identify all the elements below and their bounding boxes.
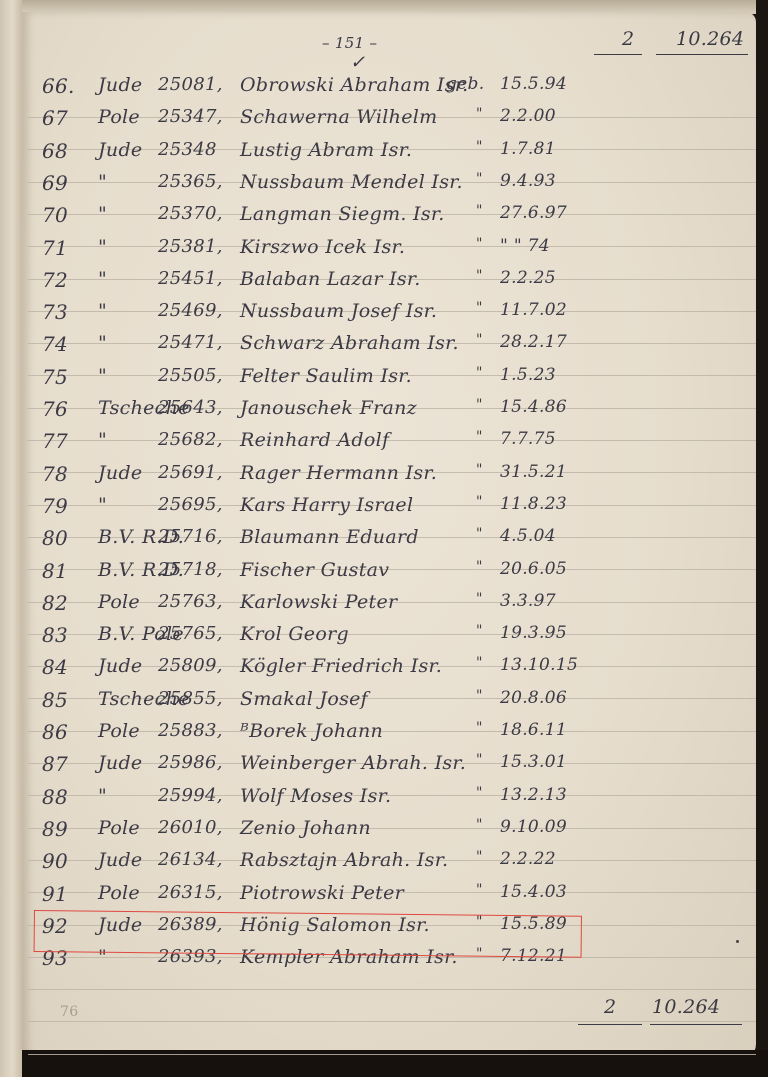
entry-birth-date: 4.5.04 bbox=[500, 526, 556, 546]
table-row: 81B.V. R.D.25718,Fischer Gustav"20.6.05 bbox=[0, 559, 768, 593]
entry-name: Balaban Lazar Isr. bbox=[240, 268, 421, 290]
table-row: 73"25469,Nussbaum Josef Isr."11.7.02 bbox=[0, 300, 768, 334]
entry-number: 90 bbox=[42, 849, 68, 873]
entry-birth-date: 7.7.75 bbox=[500, 429, 556, 449]
entry-ditto-mark: " bbox=[476, 720, 483, 736]
entry-prisoner-number: 25451, bbox=[158, 268, 223, 289]
entry-name: Wolf Moses Isr. bbox=[240, 785, 391, 807]
entry-number: 73 bbox=[42, 300, 68, 324]
entry-category: " bbox=[98, 268, 107, 290]
table-row: 80B.V. R.D.25716,Blaumann Eduard"4.5.04 bbox=[0, 526, 768, 560]
entry-number: 67 bbox=[42, 106, 68, 130]
entry-ditto-mark: " bbox=[476, 139, 483, 155]
table-row: 72"25451,Balaban Lazar Isr."2.2.25 bbox=[0, 268, 768, 302]
entry-name: Janouschek Franz bbox=[240, 397, 417, 419]
table-row: 90Jude26134,Rabsztajn Abrah. Isr."2.2.22 bbox=[0, 849, 768, 883]
entry-prisoner-number: 25347, bbox=[158, 106, 223, 127]
footer-total-left: 2 bbox=[604, 996, 616, 1018]
entry-ditto-mark: " bbox=[476, 623, 483, 639]
entry-birth-date: 1.5.23 bbox=[500, 365, 556, 385]
entry-number: 74 bbox=[42, 332, 68, 356]
entry-prisoner-number: 25716, bbox=[158, 526, 223, 547]
entry-name: Langman Siegm. Isr. bbox=[240, 203, 445, 225]
entry-number: 81 bbox=[42, 559, 68, 583]
ruled-line bbox=[28, 1021, 756, 1022]
table-row: 68Jude25348Lustig Abram Isr."1.7.81 bbox=[0, 139, 768, 173]
entry-ditto-mark: " bbox=[476, 106, 483, 122]
entry-birth-date: 11.7.02 bbox=[500, 300, 567, 320]
entry-category: Jude bbox=[98, 655, 142, 677]
entry-name: Karlowski Peter bbox=[240, 591, 397, 613]
entry-ditto-mark: " bbox=[476, 655, 483, 671]
entry-prisoner-number: 25718, bbox=[158, 559, 223, 580]
entry-birth-date: 11.8.23 bbox=[500, 494, 567, 514]
entry-number: 71 bbox=[42, 236, 68, 260]
entry-number: 75 bbox=[42, 365, 68, 389]
entry-category: Jude bbox=[98, 139, 142, 161]
entry-prisoner-number: 25348 bbox=[158, 139, 217, 160]
entry-name: Smakal Josef bbox=[240, 688, 368, 710]
entry-number: 79 bbox=[42, 494, 68, 518]
entry-prisoner-number: 26315, bbox=[158, 882, 223, 903]
entry-prisoner-number: 25505, bbox=[158, 365, 223, 386]
entry-prisoner-number: 26134, bbox=[158, 849, 223, 870]
table-row: 67Pole25347,Schawerna Wilhelm"2.2.00 bbox=[0, 106, 768, 140]
entry-birth-date: 15.4.86 bbox=[500, 397, 567, 417]
entry-ditto-mark: " bbox=[476, 365, 483, 381]
entry-number: 78 bbox=[42, 462, 68, 486]
header-total-right-underline bbox=[656, 54, 748, 55]
entry-name: Schwarz Abraham Isr. bbox=[240, 332, 459, 354]
entry-name: Blaumann Eduard bbox=[240, 526, 419, 548]
table-row: 86Pole25883,ᴮBorek Johann"18.6.11 bbox=[0, 720, 768, 754]
entry-name: Obrowski Abraham Isr. bbox=[240, 74, 468, 96]
table-row: 84Jude25809,Kögler Friedrich Isr."13.10.… bbox=[0, 655, 768, 689]
entry-name: Fischer Gustav bbox=[240, 559, 389, 581]
table-row: 74"25471,Schwarz Abraham Isr."28.2.17 bbox=[0, 332, 768, 366]
ruled-line bbox=[28, 1054, 756, 1055]
entry-name: Weinberger Abrah. Isr. bbox=[240, 752, 466, 774]
entry-category: Pole bbox=[98, 720, 140, 742]
entry-birth-date: 9.10.09 bbox=[500, 817, 567, 837]
entry-category: Jude bbox=[98, 462, 142, 484]
entry-name: Lustig Abram Isr. bbox=[240, 139, 412, 161]
entry-number: 70 bbox=[42, 203, 68, 227]
entry-number: 69 bbox=[42, 171, 68, 195]
entry-name: Krol Georg bbox=[240, 623, 349, 645]
entry-birth-date: 15.4.03 bbox=[500, 882, 567, 902]
table-row: 83B.V. Pole25765,Krol Georg"19.3.95 bbox=[0, 623, 768, 657]
entry-ditto-mark: geb. bbox=[446, 74, 484, 94]
table-row: 75"25505,Felter Saulim Isr."1.5.23 bbox=[0, 365, 768, 399]
entry-birth-date: 13.2.13 bbox=[500, 785, 567, 805]
entry-birth-date: 3.3.97 bbox=[500, 591, 556, 611]
entry-number: 83 bbox=[42, 623, 68, 647]
entry-prisoner-number: 25643, bbox=[158, 397, 223, 418]
entry-name: ᴮBorek Johann bbox=[240, 720, 383, 742]
entry-ditto-mark: " bbox=[476, 462, 483, 478]
entry-birth-date: 2.2.25 bbox=[500, 268, 556, 288]
entry-category: Pole bbox=[98, 882, 140, 904]
table-row: 71"25381,Kirszwo Icek Isr."" " 74 bbox=[0, 236, 768, 270]
table-row: 79"25695,Kars Harry Israel"11.8.23 bbox=[0, 494, 768, 528]
header-total-right: 10.264 bbox=[676, 28, 744, 50]
entry-prisoner-number: 25370, bbox=[158, 203, 223, 224]
footer-total-right-underline bbox=[650, 1024, 742, 1025]
entry-ditto-mark: " bbox=[476, 752, 483, 768]
entry-number: 84 bbox=[42, 655, 68, 679]
entry-prisoner-number: 25883, bbox=[158, 720, 223, 741]
entry-prisoner-number: 25695, bbox=[158, 494, 223, 515]
entry-ditto-mark: " bbox=[476, 236, 483, 252]
entry-birth-date: 2.2.22 bbox=[500, 849, 556, 869]
entry-birth-date: 20.8.06 bbox=[500, 688, 567, 708]
entry-category: Jude bbox=[98, 752, 142, 774]
entry-ditto-mark: " bbox=[476, 785, 483, 801]
entry-ditto-mark: " bbox=[476, 171, 483, 187]
entry-prisoner-number: 25682, bbox=[158, 429, 223, 450]
entry-number: 76 bbox=[42, 397, 68, 421]
entry-category: " bbox=[98, 300, 107, 322]
entry-ditto-mark: " bbox=[476, 300, 483, 316]
entry-prisoner-number: 25855, bbox=[158, 688, 223, 709]
entry-number: 86 bbox=[42, 720, 68, 744]
entry-category: " bbox=[98, 494, 107, 516]
entry-prisoner-number: 25809, bbox=[158, 655, 223, 676]
entry-name: Nussbaum Mendel Isr. bbox=[240, 171, 463, 193]
entry-ditto-mark: " bbox=[476, 397, 483, 413]
entry-prisoner-number: 25986, bbox=[158, 752, 223, 773]
entry-ditto-mark: " bbox=[476, 494, 483, 510]
entry-ditto-mark: " bbox=[476, 559, 483, 575]
entry-category: Jude bbox=[98, 74, 142, 96]
entry-number: 82 bbox=[42, 591, 68, 615]
entry-prisoner-number: 25381, bbox=[158, 236, 223, 257]
entry-birth-date: 13.10.15 bbox=[500, 655, 578, 675]
entry-number: 88 bbox=[42, 785, 68, 809]
header-total-left: 2 bbox=[622, 28, 634, 50]
entry-birth-date: 28.2.17 bbox=[500, 332, 567, 352]
entry-category: Pole bbox=[98, 817, 140, 839]
entry-birth-date: 31.5.21 bbox=[500, 462, 567, 482]
entry-category: " bbox=[98, 785, 107, 807]
entry-birth-date: 1.7.81 bbox=[500, 139, 556, 159]
table-row: 89Pole26010,Zenio Johann"9.10.09 bbox=[0, 817, 768, 851]
table-row: 88"25994,Wolf Moses Isr."13.2.13 bbox=[0, 785, 768, 819]
entry-prisoner-number: 25691, bbox=[158, 462, 223, 483]
entry-number: 66. bbox=[42, 74, 75, 98]
table-row: 69"25365,Nussbaum Mendel Isr."9.4.93 bbox=[0, 171, 768, 205]
entry-ditto-mark: " bbox=[476, 688, 483, 704]
entry-category: Pole bbox=[98, 591, 140, 613]
entry-prisoner-number: 25765, bbox=[158, 623, 223, 644]
entry-name: Piotrowski Peter bbox=[240, 882, 404, 904]
entry-prisoner-number: 25469, bbox=[158, 300, 223, 321]
entry-birth-date: 19.3.95 bbox=[500, 623, 567, 643]
entry-category: " bbox=[98, 332, 107, 354]
entry-number: 80 bbox=[42, 526, 68, 550]
entry-number: 85 bbox=[42, 688, 68, 712]
check-mark-icon: ✓ bbox=[350, 52, 365, 73]
entry-prisoner-number: 25365, bbox=[158, 171, 223, 192]
table-row: 77"25682,Reinhard Adolf"7.7.75 bbox=[0, 429, 768, 463]
header-total-left-underline bbox=[594, 54, 642, 55]
entry-prisoner-number: 26010, bbox=[158, 817, 223, 838]
entry-number: 72 bbox=[42, 268, 68, 292]
entry-birth-date: 9.4.93 bbox=[500, 171, 556, 191]
entry-name: Kars Harry Israel bbox=[240, 494, 413, 516]
entry-birth-date: 2.2.00 bbox=[500, 106, 556, 126]
table-row: 78Jude25691,Rager Hermann Isr."31.5.21 bbox=[0, 462, 768, 496]
entry-birth-date: 15.3.01 bbox=[500, 752, 567, 772]
margin-note: 76 bbox=[60, 1004, 78, 1020]
entry-ditto-mark: " bbox=[476, 268, 483, 284]
entry-ditto-mark: " bbox=[476, 429, 483, 445]
entry-prisoner-number: 25994, bbox=[158, 785, 223, 806]
entry-category: " bbox=[98, 365, 107, 387]
table-row: 87Jude25986,Weinberger Abrah. Isr."15.3.… bbox=[0, 752, 768, 786]
entry-name: Kögler Friedrich Isr. bbox=[240, 655, 442, 677]
entry-category: " bbox=[98, 236, 107, 258]
table-row: 85Tscheche25855,Smakal Josef"20.8.06 bbox=[0, 688, 768, 722]
footer-total-right: 10.264 bbox=[652, 996, 720, 1018]
entry-category: " bbox=[98, 203, 107, 225]
entry-birth-date: 27.6.97 bbox=[500, 203, 567, 223]
entry-ditto-mark: " bbox=[476, 526, 483, 542]
entry-number: 89 bbox=[42, 817, 68, 841]
table-row: 76Tscheche25643,Janouschek Franz"15.4.86 bbox=[0, 397, 768, 431]
entry-ditto-mark: " bbox=[476, 817, 483, 833]
entry-category: Jude bbox=[98, 849, 142, 871]
entry-birth-date: " " 74 bbox=[500, 236, 550, 256]
entry-number: 77 bbox=[42, 429, 68, 453]
entry-category: Pole bbox=[98, 106, 140, 128]
entry-category: " bbox=[98, 171, 107, 193]
entry-number: 68 bbox=[42, 139, 68, 163]
entry-name: Zenio Johann bbox=[240, 817, 371, 839]
highlighted-entry-box bbox=[34, 910, 582, 958]
entry-name: Reinhard Adolf bbox=[240, 429, 389, 451]
entry-ditto-mark: " bbox=[476, 882, 483, 898]
entry-ditto-mark: " bbox=[476, 203, 483, 219]
entry-birth-date: 15.5.94 bbox=[500, 74, 567, 94]
entry-ditto-mark: " bbox=[476, 849, 483, 865]
entry-number: 91 bbox=[42, 882, 68, 906]
entry-prisoner-number: 25763, bbox=[158, 591, 223, 612]
entry-name: Nussbaum Josef Isr. bbox=[240, 300, 437, 322]
entry-name: Rager Hermann Isr. bbox=[240, 462, 437, 484]
entry-birth-date: 18.6.11 bbox=[500, 720, 567, 740]
entry-name: Felter Saulim Isr. bbox=[240, 365, 412, 387]
entry-name: Kirszwo Icek Isr. bbox=[240, 236, 405, 258]
entry-ditto-mark: " bbox=[476, 591, 483, 607]
entry-name: Schawerna Wilhelm bbox=[240, 106, 437, 128]
entry-category: " bbox=[98, 429, 107, 451]
entry-number: 87 bbox=[42, 752, 68, 776]
entry-prisoner-number: 25471, bbox=[158, 332, 223, 353]
entry-birth-date: 20.6.05 bbox=[500, 559, 567, 579]
ink-spot bbox=[736, 940, 739, 943]
table-row: 66.Jude25081,Obrowski Abraham Isr.geb.15… bbox=[0, 74, 768, 108]
entry-name: Rabsztajn Abrah. Isr. bbox=[240, 849, 448, 871]
table-row: 70"25370,Langman Siegm. Isr."27.6.97 bbox=[0, 203, 768, 237]
page-number: – 151 – bbox=[322, 34, 377, 52]
entry-prisoner-number: 25081, bbox=[158, 74, 223, 95]
table-row: 82Pole25763,Karlowski Peter"3.3.97 bbox=[0, 591, 768, 625]
entry-ditto-mark: " bbox=[476, 332, 483, 348]
ruled-line bbox=[28, 989, 756, 990]
footer-total-left-underline bbox=[578, 1024, 642, 1025]
